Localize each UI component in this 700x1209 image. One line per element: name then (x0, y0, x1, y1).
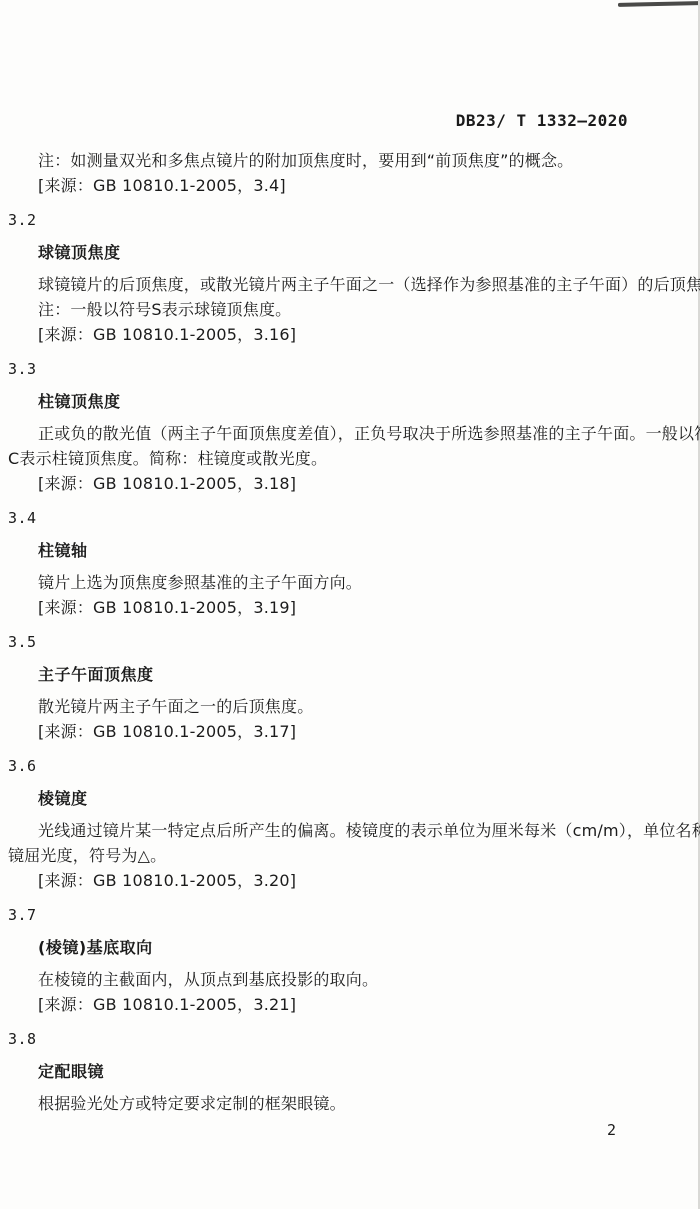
sections-container: 3.2 球镜顶焦度 球镜镜片的后顶焦度，或散光镜片两主子午面之一（选择作为参照基… (8, 208, 664, 1116)
section-title: 定配眼镜 (8, 1059, 664, 1084)
body-line: 镜屈光度，符号为△。 (8, 843, 664, 868)
section-lines: 在棱镜的主截面内，从顶点到基底投影的取向。[来源：GB 10810.1-2005… (8, 967, 664, 1017)
section-lines: 镜片上选为顶焦度参照基准的主子午面方向。[来源：GB 10810.1-2005，… (8, 570, 664, 620)
section-lines: 散光镜片两主子午面之一的后顶焦度。[来源：GB 10810.1-2005，3.1… (8, 694, 664, 744)
section: 3.8 定配眼镜 根据验光处方或特定要求定制的框架眼镜。 (8, 1027, 664, 1116)
section-title: (棱镜)基底取向 (8, 935, 664, 960)
source-line: [来源：GB 10810.1-2005，3.17] (8, 719, 664, 744)
section-title: 主子午面顶焦度 (8, 662, 664, 687)
body-line: 球镜镜片的后顶焦度，或散光镜片两主子午面之一（选择作为参照基准的主子午面）的后顶… (8, 272, 664, 297)
section: 3.6 棱镜度 光线通过镜片某一特定点后所产生的偏离。棱镜度的表示单位为厘米每米… (8, 754, 664, 893)
note-line: 注：如测量双光和多焦点镜片的附加顶焦度时，要用到“前顶焦度”的概念。 (8, 148, 664, 173)
body-line: C表示柱镜顶焦度。简称：柱镜度或散光度。 (8, 446, 664, 471)
section-lines: 光线通过镜片某一特定点后所产生的偏离。棱镜度的表示单位为厘米每米（cm/m），单… (8, 818, 664, 893)
section-number: 3.7 (8, 903, 664, 928)
body-line: 正或负的散光值（两主子午面顶焦度差值），正负号取决于所选参照基准的主子午面。一般… (8, 421, 664, 446)
document-body: 注：如测量双光和多焦点镜片的附加顶焦度时，要用到“前顶焦度”的概念。[来源：GB… (8, 148, 664, 1116)
section-title: 柱镜轴 (8, 538, 664, 563)
section-number: 3.2 (8, 208, 664, 233)
section: 3.4 柱镜轴 镜片上选为顶焦度参照基准的主子午面方向。[来源：GB 10810… (8, 506, 664, 620)
section-number: 3.3 (8, 357, 664, 382)
source-line: [来源：GB 10810.1-2005，3.21] (8, 992, 664, 1017)
document-page: DB23/ T 1332—2020 注：如测量双光和多焦点镜片的附加顶焦度时，要… (0, 0, 700, 1209)
section-number: 3.8 (8, 1027, 664, 1052)
section-number: 3.6 (8, 754, 664, 779)
source-line: [来源：GB 10810.1-2005，3.4] (8, 173, 664, 198)
section: 3.7 (棱镜)基底取向 在棱镜的主截面内，从顶点到基底投影的取向。[来源：GB… (8, 903, 664, 1017)
body-line: 光线通过镜片某一特定点后所产生的偏离。棱镜度的表示单位为厘米每米（cm/m），单… (8, 818, 664, 843)
section: 3.2 球镜顶焦度 球镜镜片的后顶焦度，或散光镜片两主子午面之一（选择作为参照基… (8, 208, 664, 347)
section-lines: 根据验光处方或特定要求定制的框架眼镜。 (8, 1091, 664, 1116)
section-title: 棱镜度 (8, 786, 664, 811)
section: 3.5 主子午面顶焦度 散光镜片两主子午面之一的后顶焦度。[来源：GB 1081… (8, 630, 664, 744)
section-title: 柱镜顶焦度 (8, 389, 664, 414)
section: 3.3 柱镜顶焦度 正或负的散光值（两主子午面顶焦度差值），正负号取决于所选参照… (8, 357, 664, 496)
body-line: 镜片上选为顶焦度参照基准的主子午面方向。 (8, 570, 664, 595)
section-lines: 正或负的散光值（两主子午面顶焦度差值），正负号取决于所选参照基准的主子午面。一般… (8, 421, 664, 496)
section-number: 3.4 (8, 506, 664, 531)
body-line: 散光镜片两主子午面之一的后顶焦度。 (8, 694, 664, 719)
source-line: [来源：GB 10810.1-2005，3.20] (8, 868, 664, 893)
section-number: 3.5 (8, 630, 664, 655)
intro-note-block: 注：如测量双光和多焦点镜片的附加顶焦度时，要用到“前顶焦度”的概念。[来源：GB… (8, 148, 664, 198)
body-line: 在棱镜的主截面内，从顶点到基底投影的取向。 (8, 967, 664, 992)
scan-artifact-top-right (618, 1, 700, 7)
page-number: 2 (607, 1121, 616, 1139)
source-line: [来源：GB 10810.1-2005，3.16] (8, 322, 664, 347)
source-line: [来源：GB 10810.1-2005，3.18] (8, 471, 664, 496)
body-line: 根据验光处方或特定要求定制的框架眼镜。 (8, 1091, 664, 1116)
section-lines: 球镜镜片的后顶焦度，或散光镜片两主子午面之一（选择作为参照基准的主子午面）的后顶… (8, 272, 664, 347)
source-line: [来源：GB 10810.1-2005，3.19] (8, 595, 664, 620)
note-line: 注：一般以符号S表示球镜顶焦度。 (8, 297, 664, 322)
section-title: 球镜顶焦度 (8, 240, 664, 265)
standard-code-header: DB23/ T 1332—2020 (456, 111, 628, 130)
